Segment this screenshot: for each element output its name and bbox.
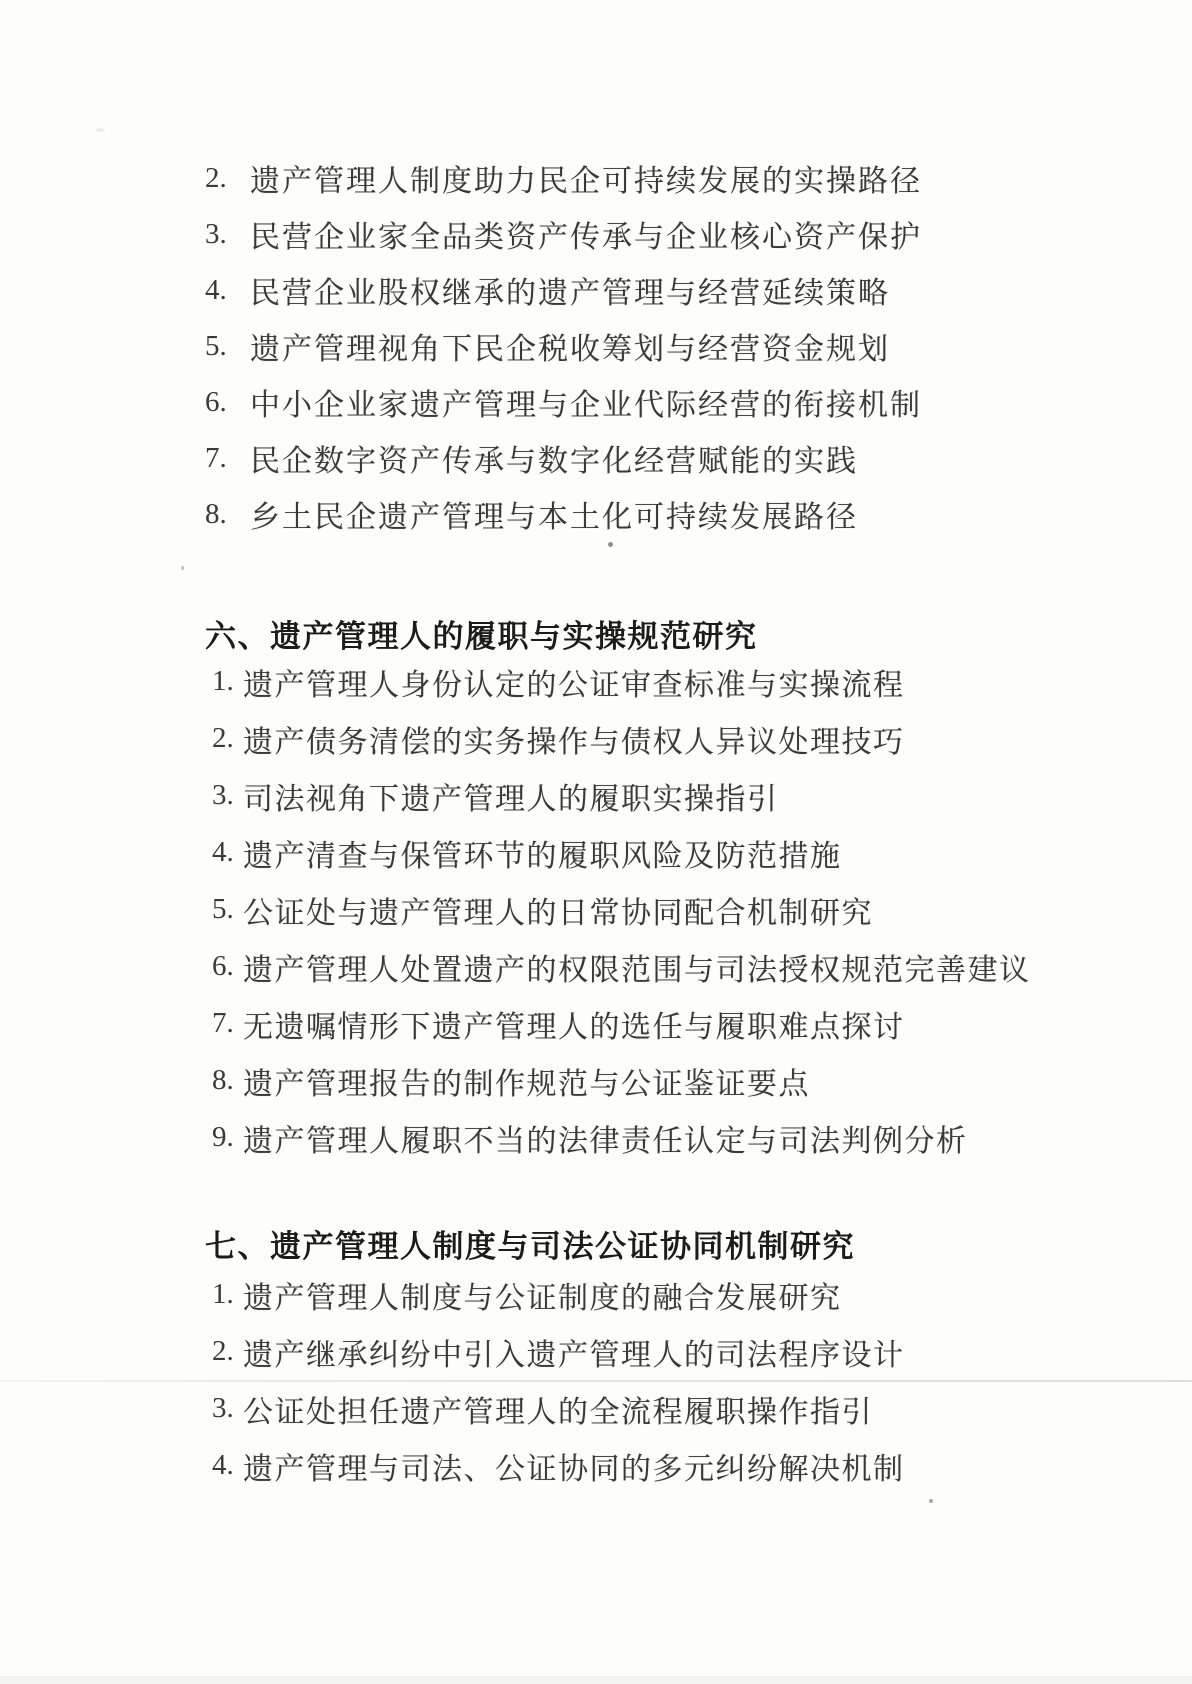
item-number: 8.: [205, 498, 250, 531]
item-number: 3.: [212, 1392, 243, 1425]
item-number: 3.: [212, 779, 243, 812]
item-number: 1.: [212, 1278, 243, 1311]
section-seven-heading: 七、遗产管理人制度与司法公证协同机制研究: [205, 1221, 855, 1266]
scanned-document-page: 2. 遗产管理人制度助力民企可持续发展的实操路径 3. 民营企业家全品类资产传承…: [0, 0, 1192, 1684]
list-item: 2. 遗产继承纠纷中引入遗产管理人的司法程序设计: [212, 1323, 1162, 1380]
item-text: 遗产管理人处置遗产的权限范围与司法授权规范完善建议: [243, 945, 1031, 989]
list-item: 8. 遗产管理报告的制作规范与公证鉴证要点: [212, 1052, 1162, 1109]
list-item: 2. 遗产债务清偿的实务操作与债权人异议处理技巧: [212, 710, 1162, 767]
list-item: 8. 乡土民企遗产管理与本土化可持续发展路径: [205, 486, 1145, 542]
item-text: 乡土民企遗产管理与本土化可持续发展路径: [250, 492, 858, 536]
item-text: 司法视角下遗产管理人的履职实操指引: [243, 774, 779, 818]
list-item: 6. 遗产管理人处置遗产的权限范围与司法授权规范完善建议: [212, 938, 1162, 995]
item-number: 9.: [212, 1121, 243, 1154]
item-text: 无遗嘱情形下遗产管理人的选任与履职难点探讨: [243, 1002, 905, 1046]
item-text: 遗产债务清偿的实务操作与债权人异议处理技巧: [243, 717, 905, 761]
list-item: 7. 无遗嘱情形下遗产管理人的选任与履职难点探讨: [212, 995, 1162, 1052]
item-number: 6.: [212, 950, 243, 983]
list-item: 2. 遗产管理人制度助力民企可持续发展的实操路径: [205, 150, 1145, 206]
list-item: 3. 司法视角下遗产管理人的履职实操指引: [212, 767, 1162, 824]
item-text: 遗产管理人身份认定的公证审查标准与实操流程: [243, 660, 905, 704]
list-item: 4. 民营企业股权继承的遗产管理与经营延续策略: [205, 262, 1145, 318]
list-item: 3. 公证处担任遗产管理人的全流程履职操作指引: [212, 1380, 1162, 1437]
item-number: 7.: [205, 442, 250, 475]
item-text: 遗产管理人履职不当的法律责任认定与司法判例分析: [243, 1116, 968, 1160]
item-text: 公证处担任遗产管理人的全流程履职操作指引: [243, 1387, 873, 1431]
item-text: 民营企业家全品类资产传承与企业核心资产保护: [250, 212, 922, 256]
item-text: 遗产管理报告的制作规范与公证鉴证要点: [243, 1059, 810, 1103]
scan-artifact-line: [0, 1380, 1192, 1382]
list-item: 7. 民企数字资产传承与数字化经营赋能的实践: [205, 430, 1145, 486]
item-number: 3.: [205, 218, 250, 251]
item-text: 遗产清查与保管环节的履职风险及防范措施: [243, 831, 842, 875]
section-six-heading: 六、遗产管理人的履职与实操规范研究: [205, 611, 758, 656]
list-item: 3. 民营企业家全品类资产传承与企业核心资产保护: [205, 206, 1145, 262]
list-item: 5. 遗产管理视角下民企税收筹划与经营资金规划: [205, 318, 1145, 374]
scan-artifact-smudge: [96, 128, 105, 132]
item-number: 4.: [205, 274, 250, 307]
item-number: 2.: [205, 162, 250, 195]
item-text: 遗产管理视角下民企税收筹划与经营资金规划: [250, 324, 890, 368]
item-number: 4.: [212, 1449, 243, 1482]
item-text: 遗产管理与司法、公证协同的多元纠纷解决机制: [243, 1444, 905, 1488]
item-number: 6.: [205, 386, 250, 419]
scan-artifact-dot: [929, 1499, 933, 1503]
continued-topic-list: 2. 遗产管理人制度助力民企可持续发展的实操路径 3. 民营企业家全品类资产传承…: [205, 150, 1145, 542]
item-text: 民营企业股权继承的遗产管理与经营延续策略: [250, 268, 890, 312]
item-text: 遗产管理人制度与公证制度的融合发展研究: [243, 1273, 842, 1317]
list-item: 4. 遗产管理与司法、公证协同的多元纠纷解决机制: [212, 1437, 1162, 1494]
scan-artifact-dot: [181, 566, 184, 570]
item-number: 7.: [212, 1007, 243, 1040]
list-item: 1. 遗产管理人身份认定的公证审查标准与实操流程: [212, 653, 1162, 710]
list-item: 1. 遗产管理人制度与公证制度的融合发展研究: [212, 1266, 1162, 1323]
list-item: 4. 遗产清查与保管环节的履职风险及防范措施: [212, 824, 1162, 881]
item-number: 1.: [212, 665, 243, 698]
item-number: 2.: [212, 722, 243, 755]
list-item: 5. 公证处与遗产管理人的日常协同配合机制研究: [212, 881, 1162, 938]
scan-bottom-edge: [0, 1676, 1192, 1684]
scan-artifact-dot: [608, 542, 613, 547]
item-text: 公证处与遗产管理人的日常协同配合机制研究: [243, 888, 873, 932]
item-number: 5.: [205, 330, 250, 363]
item-text: 遗产管理人制度助力民企可持续发展的实操路径: [250, 156, 922, 200]
item-number: 2.: [212, 1335, 243, 1368]
item-number: 4.: [212, 836, 243, 869]
list-item: 9. 遗产管理人履职不当的法律责任认定与司法判例分析: [212, 1109, 1162, 1166]
item-text: 中小企业家遗产管理与企业代际经营的衔接机制: [250, 380, 922, 424]
item-number: 8.: [212, 1064, 243, 1097]
section-six-topic-list: 1. 遗产管理人身份认定的公证审查标准与实操流程 2. 遗产债务清偿的实务操作与…: [212, 653, 1162, 1166]
item-text: 遗产继承纠纷中引入遗产管理人的司法程序设计: [243, 1330, 905, 1374]
item-text: 民企数字资产传承与数字化经营赋能的实践: [250, 436, 858, 480]
item-number: 5.: [212, 893, 243, 926]
list-item: 6. 中小企业家遗产管理与企业代际经营的衔接机制: [205, 374, 1145, 430]
